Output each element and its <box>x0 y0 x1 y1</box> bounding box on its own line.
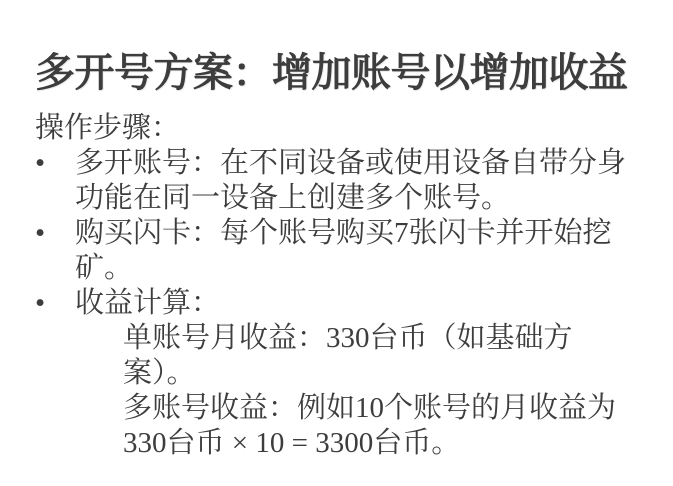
bullet-item-buy-cards: • 购买闪卡：每个账号购买7张闪卡并开始挖矿。 <box>35 216 645 286</box>
bullet-label-profit-calc: 收益计算： <box>75 286 630 321</box>
page-title: 多开号方案：增加账号以增加收益 <box>35 50 645 96</box>
bullet-text-profit-calc: 收益计算： 单账号月收益：330台币（如基础方案）。 多账号收益：例如10个账号… <box>75 286 630 461</box>
sub-item-single-account-profit: 单账号月收益：330台币（如基础方案）。 <box>123 321 595 391</box>
bullet-text-multi-account: 多开账号：在不同设备或使用设备自带分身功能在同一设备上创建多个账号。 <box>75 146 630 216</box>
bullet-icon: • <box>35 216 75 251</box>
bullet-text-buy-cards: 购买闪卡：每个账号购买7张闪卡并开始挖矿。 <box>75 216 630 286</box>
bullet-icon: • <box>35 146 75 181</box>
sub-item-multi-account-profit: 多账号收益：例如10个账号的月收益为330台币 × 10 = 3300台币。 <box>123 391 630 461</box>
bullet-item-profit-calc: • 收益计算： 单账号月收益：330台币（如基础方案）。 多账号收益：例如10个… <box>35 286 645 461</box>
slide-body: 操作步骤： • 多开账号：在不同设备或使用设备自带分身功能在同一设备上创建多个账… <box>35 111 645 461</box>
bullet-icon: • <box>35 286 75 321</box>
bullet-item-multi-account: • 多开账号：在不同设备或使用设备自带分身功能在同一设备上创建多个账号。 <box>35 146 645 216</box>
slide-page: 多开号方案：增加账号以增加收益 操作步骤： • 多开账号：在不同设备或使用设备自… <box>0 0 673 486</box>
section-heading: 操作步骤： <box>35 111 645 146</box>
